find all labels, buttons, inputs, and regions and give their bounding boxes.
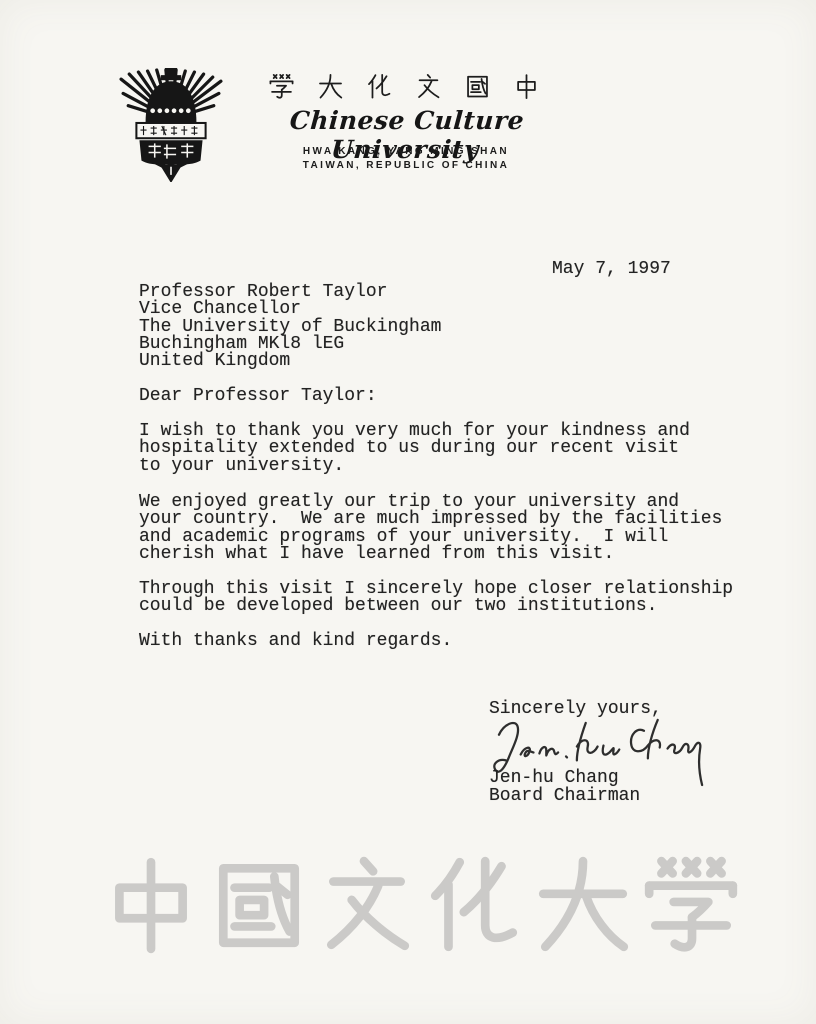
paragraph-4: With thanks and kind regards.	[139, 633, 452, 650]
university-bell-emblem-logo	[116, 68, 226, 187]
paragraph-1: I wish to thank you very much for your k…	[139, 423, 690, 475]
letterhead-cjk-title	[268, 73, 540, 100]
salutation: Dear Professor Taylor:	[139, 388, 377, 405]
signer-name: Jen-hu Chang	[489, 770, 619, 787]
signer-title: Board Chairman	[489, 788, 640, 805]
paragraph-3: Through this visit I sincerely hope clos…	[139, 581, 733, 616]
cjk-watermark	[100, 854, 742, 956]
letterhead-address-line1: HWA KANG, YANG MING SHAN	[238, 146, 574, 157]
scanned-letter-page: Chinese Culture University HWA KANG, YAN…	[0, 0, 816, 1024]
letterhead-address-line2: TAIWAN, REPUBLIC OF CHINA	[238, 160, 574, 171]
letter-date: May 7, 1997	[552, 261, 671, 278]
paragraph-2: We enjoyed greatly our trip to your univ…	[139, 494, 722, 563]
recipient-address-block: Professor Robert Taylor Vice Chancellor …	[139, 284, 441, 370]
